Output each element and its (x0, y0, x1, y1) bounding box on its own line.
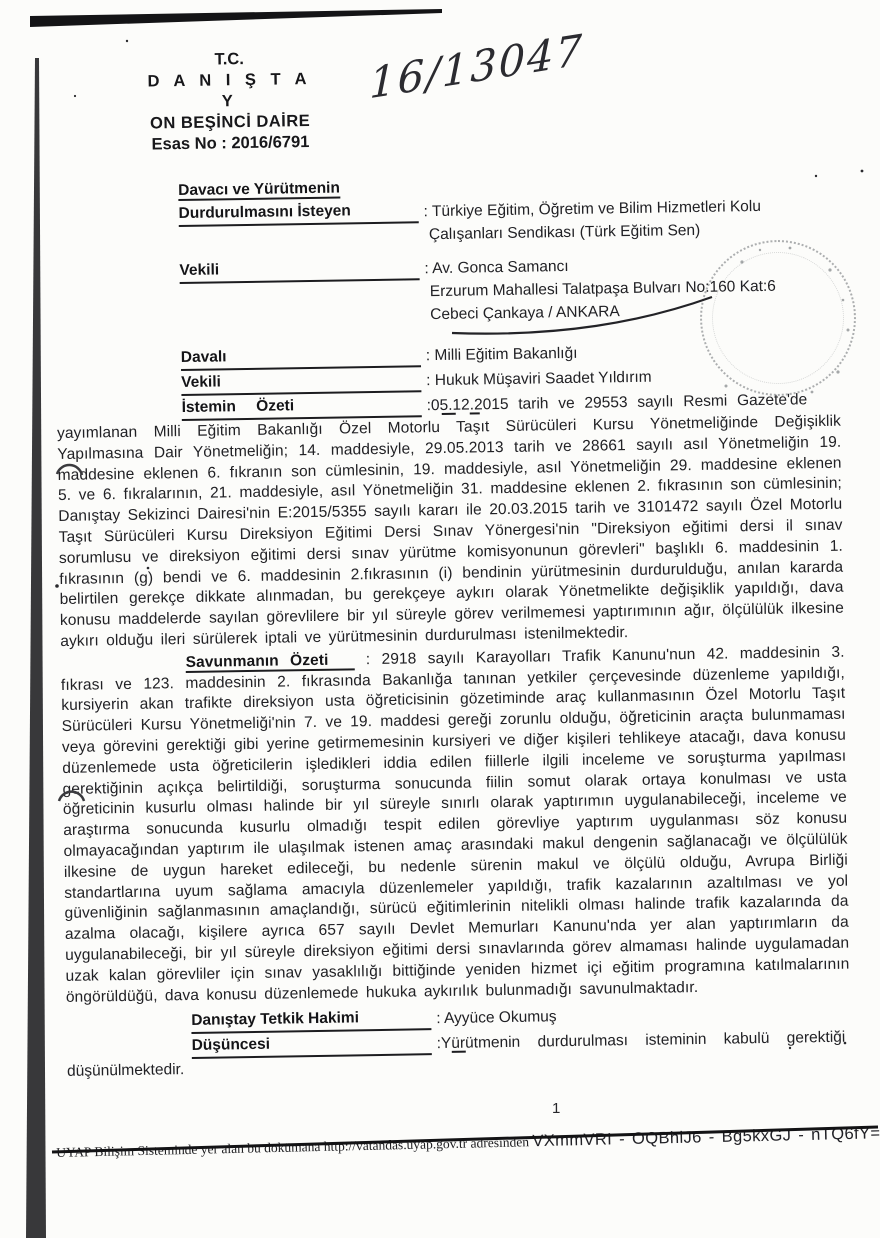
request-summary-body: yayımlanan Milli Eğitim Bakanlığı Özel M… (57, 412, 844, 653)
defense-summary-label: Savunmanın Özeti (185, 651, 354, 673)
case-number: Esas No : 2016/6791 (138, 132, 322, 156)
letterhead: T.C. D A N I Ş T A Y ON BEŞİNCİ DAİRE Es… (137, 48, 323, 156)
claimant-counsel-label: Vekili (179, 255, 419, 284)
chamber-name: ON BEŞİNCİ DAİRE (138, 111, 322, 135)
closing-fields: Danıştay Tetkik Hakimi : Ayyüce Okumuş D… (191, 999, 853, 1059)
request-summary-label: İstemin Özeti (181, 392, 421, 421)
defendant-label: Davalı (181, 342, 421, 371)
scanned-page: T.C. D A N I Ş T A Y ON BEŞİNCİ DAİRE Es… (0, 0, 880, 1238)
scan-dash-mark (470, 412, 480, 414)
republic-abbreviation: T.C. (137, 48, 321, 72)
scan-dash-mark (452, 1051, 466, 1053)
opinion-label: Düşüncesi (191, 1030, 431, 1059)
document-body: T.C. D A N I Ş T A Y ON BEŞİNCİ DAİRE Es… (0, 0, 880, 1083)
defense-summary-paragraph: Savunmanın Özeti : 2918 sayılı Karayolla… (60, 642, 849, 1008)
footer-prefix-text: UYAP Bilişim Sisteminde yer alan bu dokü… (56, 1134, 529, 1160)
scan-dash-mark (442, 413, 456, 415)
page-number: 1 (552, 1100, 560, 1117)
defendant-counsel-label: Vekili (181, 367, 421, 396)
scanned-court-document: { "colors": { "ink": "#212125", "paper":… (0, 0, 880, 1238)
claimant-label-line2: Durdurulmasını İsteyen (178, 198, 418, 227)
round-ink-stamp (700, 240, 856, 396)
defense-summary-body: : 2918 sayılı Karayolları Trafik Kanunu'… (61, 643, 850, 1005)
uyap-footer: UYAP Bilişim Sisteminde yer alan bu dokü… (56, 1125, 871, 1162)
uyap-verification-code: VXmmVRI - OQBhiJ6 - Bg5kxGJ - nTQ6fY= (532, 1124, 880, 1150)
rapporteur-label: Danıştay Tetkik Hakimi (191, 1006, 431, 1035)
court-name: D A N I Ş T A Y (137, 69, 322, 114)
